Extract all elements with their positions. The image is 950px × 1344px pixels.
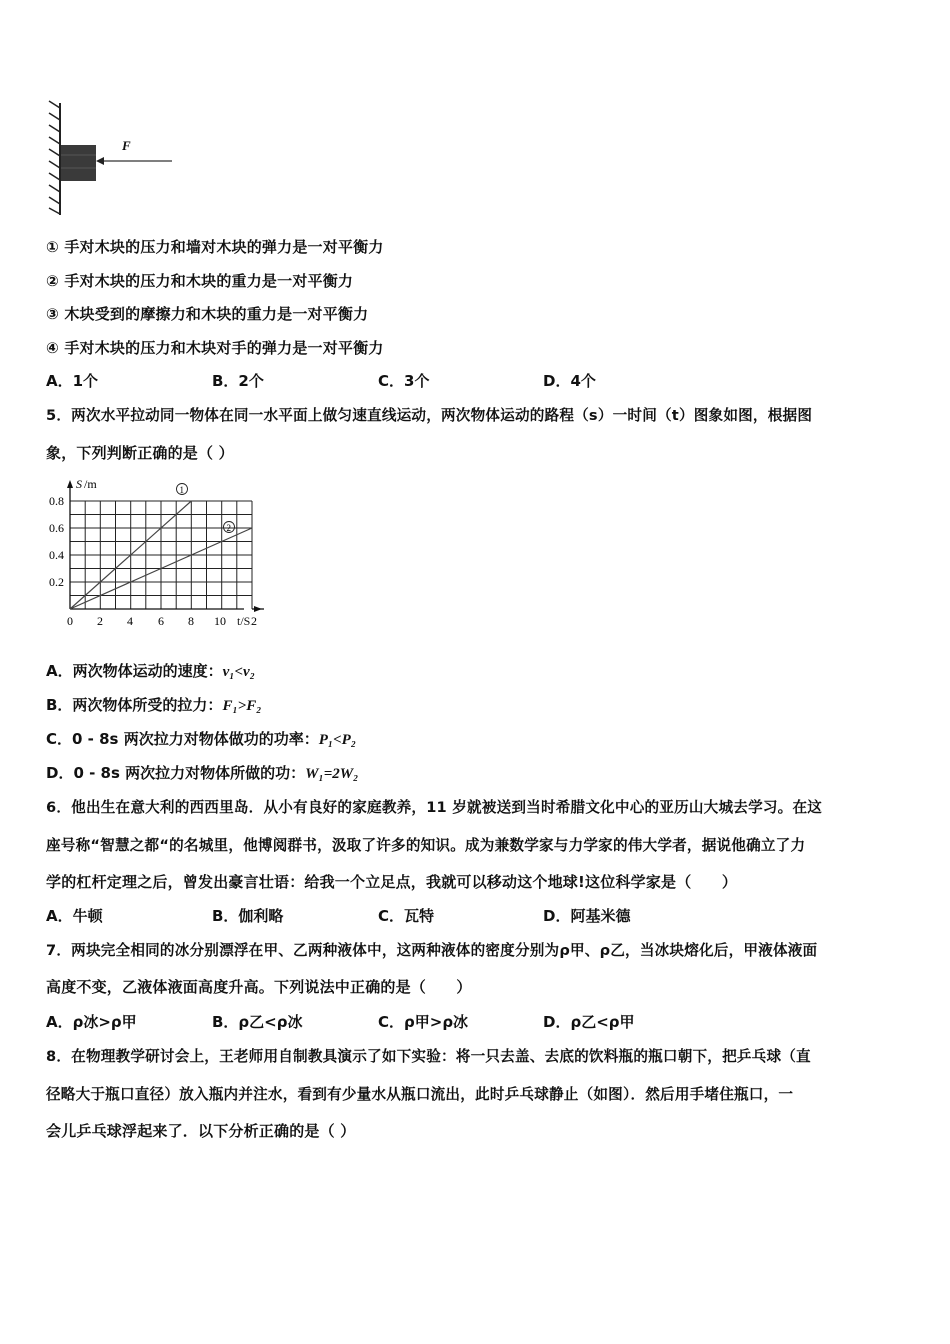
svg-text:4: 4	[127, 614, 133, 628]
q5-option-d-text: D．0 - 8s 两次拉力对物体所做的功：	[46, 764, 305, 782]
q4-statement-1: ① 手对木块的压力和墙对木块的弹力是一对平衡力	[46, 236, 384, 257]
wall-block-figure: F	[40, 100, 180, 218]
q5-option-d[interactable]: D．0 - 8s 两次拉力对物体所做的功：W₁=2W₂	[46, 762, 358, 783]
q6-option-d[interactable]: D．阿基米德	[543, 905, 630, 926]
wall-block-diagram	[40, 100, 180, 218]
q7-stem-line1: 7．两块完全相同的冰分别漂浮在甲、乙两种液体中，这两种液体的密度分别为ρ甲、ρ乙…	[46, 939, 817, 960]
q7-option-b[interactable]: B．ρ乙<ρ冰	[212, 1011, 302, 1032]
q4-option-b[interactable]: B．2个	[212, 370, 264, 391]
svg-text:6: 6	[158, 614, 164, 628]
st-graph: S /m 0.8 0.6 0.4 0.2 0 2 4 6 8 10 12 t 1…	[44, 478, 264, 633]
st-graph-svg: S /m 0.8 0.6 0.4 0.2 0 2 4 6 8 10 12 t 1…	[44, 478, 264, 633]
svg-text:/m: /m	[84, 478, 97, 491]
q7-option-a[interactable]: A．ρ冰>ρ甲	[46, 1011, 137, 1032]
q7-option-c[interactable]: C．ρ甲>ρ冰	[378, 1011, 468, 1032]
svg-text:0.2: 0.2	[49, 575, 64, 589]
q5-option-b-expr: F₁>F₂	[222, 698, 261, 714]
q5-stem-line1: 5．两次水平拉动同一物体在同一水平面上做匀速直线运动，两次物体运动的路程（s）一…	[46, 404, 812, 425]
q6-option-b[interactable]: B．伽利略	[212, 905, 283, 926]
q5-option-b-text: B．两次物体所受的拉力：	[46, 696, 222, 714]
svg-text:10: 10	[214, 614, 226, 628]
svg-text:2: 2	[227, 523, 232, 533]
q5-option-d-expr: W₁=2W₂	[305, 766, 358, 782]
q5-option-c-text: C．0 - 8s 两次拉力对物体做功的功率：	[46, 730, 319, 748]
q6-option-a[interactable]: A．牛顿	[46, 905, 103, 926]
q4-option-c[interactable]: C．3个	[378, 370, 429, 391]
force-label: F	[122, 138, 131, 154]
q4-option-a[interactable]: A．1个	[46, 370, 98, 391]
q4-statement-2: ② 手对木块的压力和木块的重力是一对平衡力	[46, 270, 353, 291]
q6-stem-line3: 学的杠杆定理之后，曾发出豪言壮语：给我一个立足点，我就可以移动这个地球!这位科学…	[46, 871, 737, 892]
q5-option-c-expr: P₁<P₂	[319, 732, 356, 748]
svg-text:0.8: 0.8	[49, 494, 64, 508]
q6-option-c[interactable]: C．瓦特	[378, 905, 434, 926]
q4-option-d[interactable]: D．4个	[543, 370, 596, 391]
q5-stem-line2: 象，下列判断正确的是（ ）	[46, 442, 234, 463]
q5-option-a-text: A．两次物体运动的速度：	[46, 662, 223, 680]
q8-stem-line2: 径略大于瓶口直径）放入瓶内并注水，看到有少量水从瓶口流出，此时乒乓球静止（如图）…	[46, 1083, 793, 1104]
svg-text:0.4: 0.4	[49, 548, 64, 562]
q4-statement-3: ③ 木块受到的摩擦力和木块的重力是一对平衡力	[46, 303, 368, 324]
svg-text:1: 1	[180, 485, 185, 495]
x-axis-label: t/S	[237, 614, 250, 629]
svg-text:0: 0	[67, 614, 73, 628]
q4-statement-4: ④ 手对木块的压力和木块对手的弹力是一对平衡力	[46, 337, 384, 358]
q6-stem-line2: 座号称“智慧之都“的名城里，他博阅群书，汲取了许多的知识。成为兼数学家与力学家的…	[46, 834, 805, 855]
q7-option-d[interactable]: D．ρ乙<ρ甲	[543, 1011, 635, 1032]
svg-text:S: S	[76, 478, 82, 491]
q5-option-a[interactable]: A．两次物体运动的速度：v₁<v₂	[46, 660, 255, 681]
q5-option-b[interactable]: B．两次物体所受的拉力：F₁>F₂	[46, 694, 261, 715]
q5-option-a-expr: v₁<v₂	[223, 664, 255, 680]
svg-text:2: 2	[97, 614, 103, 628]
svg-text:8: 8	[188, 614, 194, 628]
q8-stem-line1: 8．在物理教学研讨会上，王老师用自制教具演示了如下实验：将一只去盖、去底的饮料瓶…	[46, 1045, 811, 1066]
svg-text:0.6: 0.6	[49, 521, 64, 535]
q8-stem-line3: 会儿乒乓球浮起来了．以下分析正确的是（ ）	[46, 1120, 355, 1141]
q7-stem-line2: 高度不变，乙液体液面高度升高。下列说法中正确的是（ ）	[46, 976, 472, 997]
q6-stem-line1: 6．他出生在意大利的西西里岛．从小有良好的家庭教养，11 岁就被送到当时希腊文化…	[46, 796, 822, 817]
q5-option-c[interactable]: C．0 - 8s 两次拉力对物体做功的功率：P₁<P₂	[46, 728, 356, 749]
